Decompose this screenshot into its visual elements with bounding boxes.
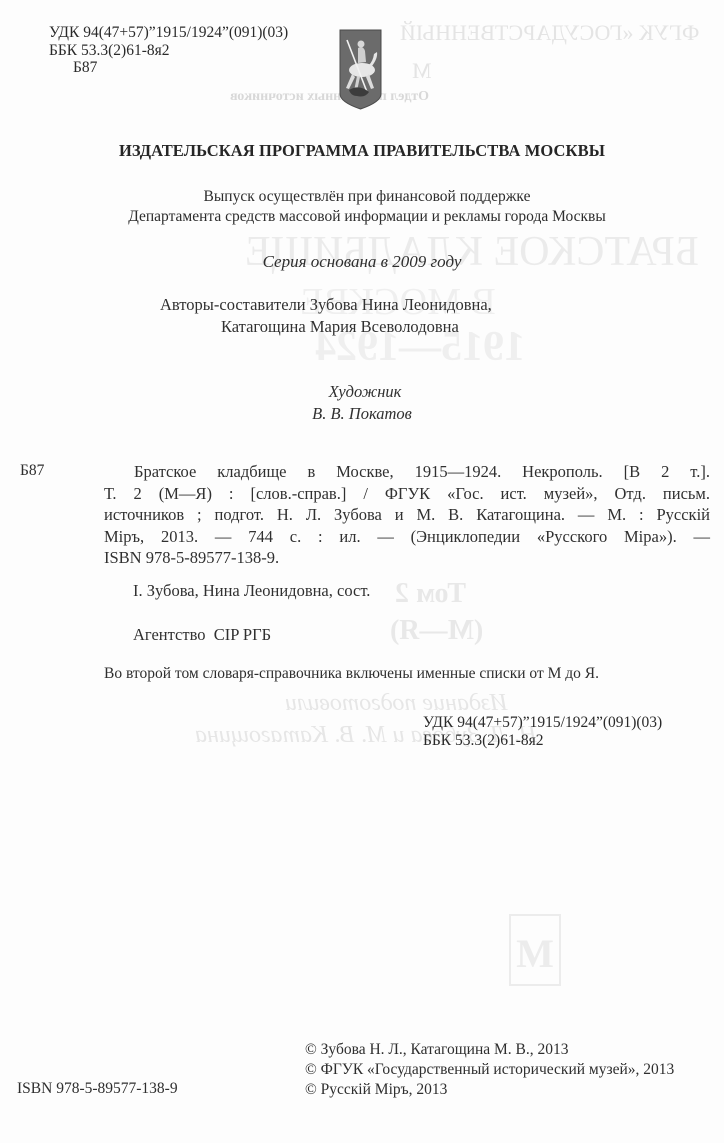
- support-line-2: Департамента средств массовой информации…: [0, 207, 724, 227]
- show-through-volume: Том 2: [395, 578, 466, 610]
- copyright-line: © Русскій Міръ, 2013: [305, 1080, 674, 1100]
- show-through-m: М: [412, 58, 432, 84]
- show-through-department: Отдел письменных источников: [230, 89, 429, 105]
- program-title: ИЗДАТЕЛЬСКАЯ ПРОГРАММА ПРАВИТЕЛЬСТВА МОС…: [0, 141, 724, 161]
- bibliographic-record: Братское кладбище в Москве, 1915—1924. Н…: [104, 461, 710, 569]
- author-mark: Б87: [49, 59, 288, 77]
- bib-record-code: Б87: [20, 462, 44, 480]
- support-line-1: Выпуск осуществлён при финансовой поддер…: [0, 187, 724, 207]
- show-through-prepared-by: Издание подготовили: [285, 690, 507, 717]
- subject-entry: I. Зубова, Нина Леонидовна, сост.: [133, 581, 370, 601]
- udk-code: УДК 94(47+57)”1915/1924”(091)(03): [49, 24, 288, 42]
- artist-name: В. В. Покатов: [0, 403, 724, 425]
- annotation: Во второй том словаря-справочника включе…: [104, 665, 599, 683]
- bbk-code: ББК 53.3(2)61-8я2: [423, 732, 662, 750]
- isbn: ISBN 978-5-89577-138-9: [17, 1080, 178, 1098]
- publisher-logo-show-through: M: [500, 905, 570, 1005]
- bib-line: Братское кладбище в Москве, 1915—1924. Н…: [104, 461, 710, 483]
- show-through-volume-range: (М—Я): [390, 615, 483, 647]
- top-classification: УДК 94(47+57)”1915/1924”(091)(03) ББК 53…: [49, 24, 288, 77]
- authors-block: Авторы-составители Зубова Нина Леонидовн…: [160, 294, 492, 338]
- bib-line: источников ; подгот. Н. Л. Зубова и М. В…: [104, 504, 710, 526]
- bbk-code: ББК 53.3(2)61-8я2: [49, 42, 288, 60]
- bottom-classification: УДК 94(47+57)”1915/1924”(091)(03) ББК 53…: [423, 714, 662, 749]
- bib-line: Міръ, 2013. — 744 с. : ил. — (Энциклопед…: [104, 526, 710, 548]
- moscow-coat-of-arms-icon: [339, 28, 382, 110]
- udk-code: УДК 94(47+57)”1915/1924”(091)(03): [423, 714, 662, 732]
- copyrights: © Зубова Н. Л., Катагощина М. В., 2013 ©…: [305, 1040, 674, 1100]
- series-note: Серия основана в 2009 году: [0, 252, 724, 272]
- svg-text:M: M: [516, 931, 554, 976]
- cip-agency: Агентство CIP РГБ: [133, 625, 271, 645]
- financial-support-note: Выпуск осуществлён при финансовой поддер…: [0, 187, 724, 226]
- copyright-line: © ФГУК «Государственный исторический муз…: [305, 1060, 674, 1080]
- artist-block: Художник В. В. Покатов: [0, 381, 724, 425]
- bib-line: Т. 2 (М—Я) : [слов.-справ.] / ФГУК «Гос.…: [104, 483, 710, 505]
- authors-line-1: Авторы-составители Зубова Нина Леонидовн…: [160, 294, 492, 316]
- show-through-museum: ФГУК «ГОСУДАРСТВЕННЫЙ: [400, 20, 699, 46]
- bib-line: ISBN 978-5-89577-138-9.: [104, 547, 710, 569]
- artist-role: Художник: [0, 381, 724, 403]
- authors-line-2: Катагощина Мария Всеволодовна: [160, 316, 492, 338]
- copyright-line: © Зубова Н. Л., Катагощина М. В., 2013: [305, 1040, 674, 1060]
